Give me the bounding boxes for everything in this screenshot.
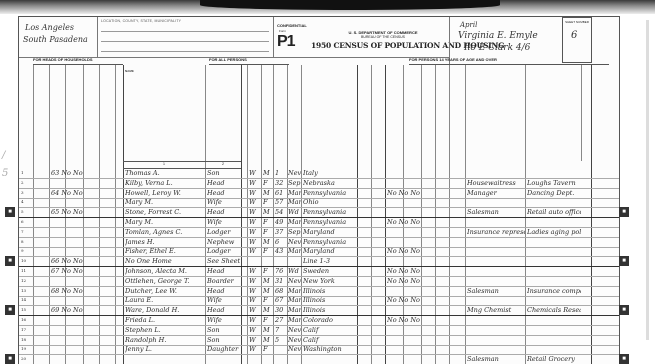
cell-name: Ware, Donald H.: [125, 305, 205, 315]
cell-age: 5: [275, 335, 287, 345]
cell-race: [249, 354, 261, 364]
cell-birthplace: Calif: [303, 335, 357, 345]
cell-occupation: [467, 237, 525, 247]
cell-birthplace: Pennsylvania: [303, 217, 357, 227]
line-number: 8: [21, 237, 31, 247]
col-14: [371, 65, 386, 161]
cell-industry: Retail auto offices: [527, 207, 581, 217]
cell-name: Stephen L.: [125, 325, 205, 335]
cell-age: 67: [275, 295, 287, 305]
cell-occupation: [467, 276, 525, 286]
cell-industry: [527, 315, 581, 325]
cell-occupation: [467, 315, 525, 325]
cell-race: W: [249, 217, 261, 227]
cell-sex: M: [263, 286, 273, 296]
cell-birthplace: Maryland: [303, 246, 357, 256]
cell-age: [275, 344, 287, 354]
cell-name: Mary M.: [125, 197, 205, 207]
labor-force-marks: No No No: [387, 266, 449, 276]
cell-age: [275, 256, 287, 266]
cell-occupation: [467, 295, 525, 305]
cell-race: W: [249, 266, 261, 276]
cell-marital: Nev: [288, 325, 301, 335]
cell-birthplace: Sweden: [303, 266, 357, 276]
cell-age: 68: [275, 286, 287, 296]
cell-name: Stone, Forrest C.: [125, 207, 205, 217]
cell-birthplace: Pennsylvania: [303, 188, 357, 198]
cell-occupation: [467, 266, 525, 276]
cell-relation: Head: [207, 305, 241, 315]
cell-occupation: [467, 335, 525, 345]
col-citizen: [357, 65, 372, 161]
cell-name: Thomas A.: [125, 168, 205, 178]
cell-birthplace: Line 1-3: [303, 256, 357, 266]
sample-line-marker: ■: [5, 207, 15, 217]
sample-line-marker-right: ■: [619, 207, 629, 217]
form-title-block: CONFIDENTIAL Form P1 U. S. DEPARTMENT OF…: [273, 17, 449, 58]
sample-line-marker-right: ■: [619, 305, 629, 315]
cell-relation: Head: [207, 178, 241, 188]
cell-marital: Mar: [288, 286, 301, 296]
cell-marital: Mar: [288, 315, 301, 325]
cell-name: Laura E.: [125, 295, 205, 305]
line-number: 11: [21, 266, 31, 276]
cell-occupation: Housewaitress: [467, 178, 525, 188]
cell-industry: [527, 344, 581, 354]
section-persons-14-over: FOR PERSONS 14 YEARS OF AGE AND OVER: [409, 57, 609, 65]
cell-industry: [527, 217, 581, 227]
cell-industry: [527, 325, 581, 335]
col-marital: [287, 65, 302, 161]
col-birthplace: [301, 65, 358, 161]
col-house-number: [49, 65, 66, 161]
household-info: 69 No No: [51, 305, 121, 315]
page-edge: [646, 20, 649, 340]
cell-marital: [288, 256, 301, 266]
cell-race: W: [249, 344, 261, 354]
sheet-number-label: SHEET NUMBER: [563, 20, 591, 24]
col-acres: [99, 65, 116, 161]
cell-sex: M: [263, 335, 273, 345]
cell-occupation: [467, 246, 525, 256]
cell-relation: Son: [207, 325, 241, 335]
cell-occupation: [467, 256, 525, 266]
cell-race: W: [249, 197, 261, 207]
cell-sex: F: [263, 217, 273, 227]
cell-marital: Nev: [288, 344, 301, 354]
cell-age: 30: [275, 305, 287, 315]
cell-sex: M: [263, 276, 273, 286]
cell-relation: Wife: [207, 315, 241, 325]
cell-birthplace: [303, 354, 357, 364]
col-occupation: [465, 65, 526, 161]
enumerator-signature-2: Ilo E Clark 4/6: [464, 43, 530, 53]
cell-sex: F: [263, 266, 273, 276]
cell-sex: F: [263, 178, 273, 188]
cell-birthplace: Maryland: [303, 227, 357, 237]
line-number: 3: [21, 188, 31, 198]
cell-marital: Wd: [288, 207, 301, 217]
cell-age: 7: [275, 325, 287, 335]
line-number: 10: [21, 256, 31, 266]
col-dwelling-number: [65, 65, 84, 161]
location-line-1: Los Angeles: [25, 23, 74, 32]
household-info: 63 No No: [51, 168, 121, 178]
cell-industry: Insurance company: [527, 286, 581, 296]
cell-birthplace: Pennsylvania: [303, 237, 357, 247]
cell-birthplace: Nebraska: [303, 178, 357, 188]
cell-name: Frieda L.: [125, 315, 205, 325]
cell-marital: Mar: [288, 295, 301, 305]
line-number: 14: [21, 295, 31, 305]
cell-birthplace: New York: [303, 276, 357, 286]
col-name: NAME: [123, 65, 206, 161]
cell-relation: Head: [207, 188, 241, 198]
cell-age: 43: [275, 246, 287, 256]
cell-age: 27: [275, 315, 287, 325]
household-info: 67 No No: [51, 266, 121, 276]
cell-sex: [263, 256, 273, 266]
cell-age: 1: [275, 168, 287, 178]
col-19: [449, 65, 466, 161]
cell-sex: M: [263, 207, 273, 217]
line-number: 1: [21, 168, 31, 178]
cell-relation: Head: [207, 286, 241, 296]
cell-relation: See Sheet 7: [207, 256, 241, 266]
cell-name: Mary M.: [125, 217, 205, 227]
cell-marital: Mar: [288, 305, 301, 315]
sample-line-marker-right: ■: [619, 354, 629, 364]
location-block: Los Angeles South Pasadena: [19, 17, 98, 58]
cell-occupation: [467, 197, 525, 207]
cell-relation: Wife: [207, 217, 241, 227]
confidential-label: CONFIDENTIAL: [277, 23, 307, 28]
cell-industry: [527, 256, 581, 266]
line-number: 6: [21, 217, 31, 227]
cell-relation: Lodger: [207, 227, 241, 237]
col-relationship: [205, 65, 242, 161]
cell-industry: Ladies aging policy: [527, 227, 581, 237]
line-number: 19: [21, 344, 31, 354]
labor-force-marks: No No No: [387, 246, 449, 256]
census-form: Los Angeles South Pasadena LOCATION, COU…: [18, 16, 620, 364]
cell-marital: Mar: [288, 188, 301, 198]
col-office-use: [591, 65, 619, 161]
cell-sex: M: [263, 325, 273, 335]
cell-industry: [527, 246, 581, 256]
cell-occupation: Insurance representative: [467, 227, 525, 237]
enumerator-signature: Virginia E. Emyle: [458, 31, 538, 41]
cell-age: 76: [275, 266, 287, 276]
cell-relation: Wife: [207, 197, 241, 207]
section-all-persons: FOR ALL PERSONS: [209, 57, 289, 65]
cell-marital: [288, 354, 301, 364]
household-info: 65 No No: [51, 207, 121, 217]
cell-race: W: [249, 188, 261, 198]
cell-birthplace: Illinois: [303, 305, 357, 315]
cell-race: W: [249, 286, 261, 296]
sheet-number: 6: [571, 30, 577, 41]
section-heads-of-households: FOR HEADS OF HOUSEHOLDS: [33, 57, 123, 65]
cell-marital: Mar: [288, 246, 301, 256]
cell-race: [249, 256, 261, 266]
cell-relation: [207, 354, 241, 364]
cell-race: W: [249, 315, 261, 325]
cell-name: Johnson, Alecta M.: [125, 266, 205, 276]
cell-industry: Chemicals Research: [527, 305, 581, 315]
cell-sex: F: [263, 344, 273, 354]
cell-relation: Wife: [207, 295, 241, 305]
cell-sex: F: [263, 315, 273, 325]
cell-birthplace: Italy: [303, 168, 357, 178]
cell-occupation: Mng Chemist: [467, 305, 525, 315]
form-number: P1: [277, 33, 295, 51]
sample-line-marker: ■: [5, 354, 15, 364]
col-street: [33, 65, 50, 161]
line-number: 17: [21, 325, 31, 335]
cell-relation: Nephew: [207, 237, 241, 247]
cell-sex: F: [263, 227, 273, 237]
cell-name: Dutcher, Lee W.: [125, 286, 205, 296]
cell-name: Tomlan, Agnes C.: [125, 227, 205, 237]
cell-industry: [527, 335, 581, 345]
cell-occupation: [467, 168, 525, 178]
cell-marital: Sep: [288, 227, 301, 237]
col-race: [247, 65, 262, 161]
cell-race: W: [249, 168, 261, 178]
bureau: BUREAU OF THE CENSUS: [333, 35, 433, 39]
cell-birthplace: Pennsylvania: [303, 207, 357, 217]
cell-age: 57: [275, 197, 287, 207]
cell-race: W: [249, 207, 261, 217]
cell-marital: Mar: [288, 217, 301, 227]
col-18: [435, 65, 450, 161]
line-number: 7: [21, 227, 31, 237]
cell-age: 32: [275, 178, 287, 188]
cell-age: 37: [275, 227, 287, 237]
cell-sex: F: [263, 295, 273, 305]
household-info: 68 No No: [51, 286, 121, 296]
cell-name: Howell, Leroy W.: [125, 188, 205, 198]
col-farm: [83, 65, 100, 161]
cell-race: W: [249, 325, 261, 335]
cell-sex: F: [263, 246, 273, 256]
address-block: LOCATION, COUNTY, STATE, MUNICIPALITY: [97, 17, 274, 58]
sample-line-marker: ■: [5, 305, 15, 315]
labor-force-marks: No No No: [387, 276, 449, 286]
cell-name: James H.: [125, 237, 205, 247]
cell-birthplace: Calif: [303, 325, 357, 335]
cell-marital: Nev: [288, 276, 301, 286]
cell-marital: Nev: [288, 335, 301, 345]
cell-relation: Son: [207, 168, 241, 178]
cell-marital: Sep: [288, 178, 301, 188]
cell-age: [275, 354, 287, 364]
cell-sex: F: [263, 197, 273, 207]
line-number: 12: [21, 276, 31, 286]
cell-name: Jenny L.: [125, 344, 205, 354]
cell-occupation: Salesman: [467, 207, 525, 217]
cell-age: 31: [275, 276, 287, 286]
cell-occupation: Salesman: [467, 354, 525, 364]
cell-sex: M: [263, 237, 273, 247]
cell-sex: M: [263, 305, 273, 315]
cell-sex: M: [263, 188, 273, 198]
margin-mark: /: [2, 150, 5, 161]
labor-force-marks: No No No: [387, 188, 449, 198]
labor-force-marks: No No No: [387, 295, 449, 305]
cell-industry: [527, 168, 581, 178]
household-info: 66 No No: [51, 256, 121, 266]
cell-marital: Wd: [288, 266, 301, 276]
cell-race: W: [249, 178, 261, 188]
col-16: [403, 65, 422, 161]
cell-relation: Boarder: [207, 276, 241, 286]
cell-race: W: [249, 227, 261, 237]
labor-force-marks: No No No: [387, 217, 449, 227]
cell-birthplace: Ohio: [303, 197, 357, 207]
cell-industry: Loughs Tavern: [527, 178, 581, 188]
cell-industry: Retail Grocery: [527, 354, 581, 364]
col-industry: [525, 65, 582, 161]
cell-race: W: [249, 295, 261, 305]
line-number: 18: [21, 335, 31, 345]
line-number: 5: [21, 207, 31, 217]
location-line-2: South Pasadena: [23, 35, 88, 44]
line-number: 13: [21, 286, 31, 296]
col-line-number: [19, 65, 34, 161]
cell-race: W: [249, 335, 261, 345]
cell-occupation: [467, 217, 525, 227]
cell-marital: Nev: [288, 168, 301, 178]
cell-sex: M: [263, 168, 273, 178]
cell-age: 54: [275, 207, 287, 217]
cell-name: Fisher, Ethel E.: [125, 246, 205, 256]
household-info: 64 No No: [51, 188, 121, 198]
cell-relation: Son: [207, 335, 241, 345]
cell-industry: [527, 197, 581, 207]
col-15: [385, 65, 404, 161]
cell-name: Ottlehen, George T.: [125, 276, 205, 286]
cell-relation: Lodger: [207, 246, 241, 256]
cell-relation: Daughter: [207, 344, 241, 354]
scan-shadow: [0, 0, 655, 14]
cell-occupation: [467, 325, 525, 335]
cell-occupation: Salesman: [467, 286, 525, 296]
cell-birthplace: Washington: [303, 344, 357, 354]
cell-birthplace: Colorado: [303, 315, 357, 325]
line-number: 2: [21, 178, 31, 188]
cell-age: 49: [275, 217, 287, 227]
cell-name: Kilby, Verna L.: [125, 178, 205, 188]
labor-force-marks: No No No: [387, 315, 449, 325]
cell-occupation: Manager: [467, 188, 525, 198]
date-field: April: [460, 21, 477, 29]
cell-industry: [527, 276, 581, 286]
sample-line-marker-right: ■: [619, 256, 629, 266]
cell-name: No One Home: [125, 256, 205, 266]
line-number: 20: [21, 354, 31, 364]
cell-birthplace: Illinois: [303, 295, 357, 305]
cell-industry: [527, 295, 581, 305]
col-17: [421, 65, 436, 161]
cell-marital: Mar: [288, 197, 301, 207]
cell-occupation: [467, 344, 525, 354]
cell-relation: Head: [207, 266, 241, 276]
cell-industry: [527, 266, 581, 276]
cell-marital: Nev: [288, 237, 301, 247]
cell-name: Randolph H.: [125, 335, 205, 345]
line-number: 15: [21, 305, 31, 315]
cell-race: W: [249, 305, 261, 315]
line-number: 4: [21, 197, 31, 207]
cell-industry: Dancing Dept.: [527, 188, 581, 198]
cell-relation: Head: [207, 207, 241, 217]
margin-mark: 5: [2, 168, 8, 179]
table-row: 20SalesmanRetail Grocery■■: [19, 354, 619, 364]
cell-age: 61: [275, 188, 287, 198]
line-number: 16: [21, 315, 31, 325]
cell-industry: [527, 237, 581, 247]
cell-birthplace: Illinois: [303, 286, 357, 296]
sample-line-marker: ■: [5, 256, 15, 266]
line-number: 9: [21, 246, 31, 256]
cell-sex: [263, 354, 273, 364]
cell-name: [125, 354, 205, 364]
cell-race: W: [249, 237, 261, 247]
cell-race: W: [249, 246, 261, 256]
col-age: [273, 65, 288, 161]
cell-age: 6: [275, 237, 287, 247]
cell-race: W: [249, 276, 261, 286]
